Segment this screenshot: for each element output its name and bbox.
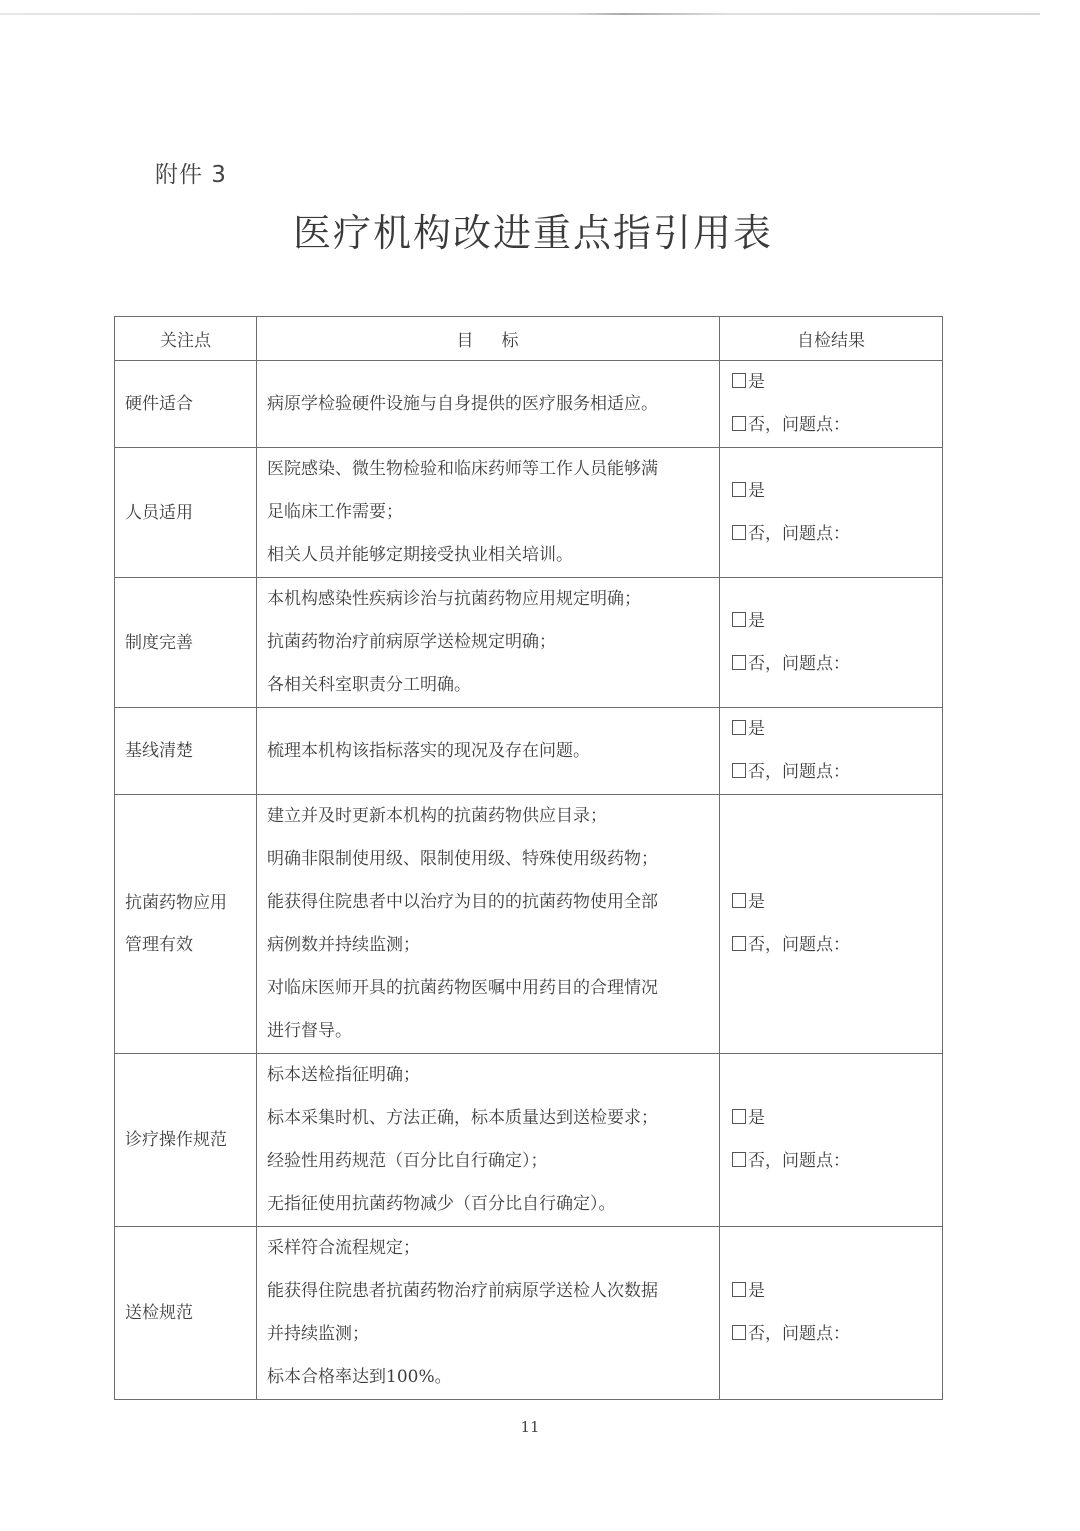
goal-line: 病原学检验硬件设施与自身提供的医疗服务相适应。 [267, 383, 711, 426]
checkbox-label-no: 否，问题点： [748, 935, 850, 955]
table-row: 诊疗操作规范标本送检指征明确；标本采集时机、方法正确，标本质量达到送检要求；经验… [115, 1054, 943, 1227]
checkbox-icon[interactable] [732, 763, 746, 778]
checkbox-option-yes[interactable]: 是 [732, 600, 942, 643]
checkbox-label-yes: 是 [748, 481, 765, 501]
checkbox-icon[interactable] [732, 893, 746, 908]
goal-line: 建立并及时更新本机构的抗菌药物供应目录； [267, 795, 711, 838]
goal-line: 经验性用药规范（百分比自行确定）； [267, 1140, 711, 1183]
checkbox-label-no: 否，问题点： [748, 654, 850, 674]
self-check-cell: 是否，问题点： [720, 708, 943, 795]
scan-edge-line [0, 13, 1040, 15]
checkbox-option-no[interactable]: 否，问题点： [732, 404, 942, 447]
checkbox-label-yes: 是 [748, 372, 765, 392]
checkbox-option-yes[interactable]: 是 [732, 470, 942, 513]
checkbox-icon[interactable] [732, 525, 746, 540]
goal-line: 能获得住院患者中以治疗为目的的抗菌药物使用全部 [267, 881, 711, 924]
checkbox-label-no: 否，问题点： [748, 1151, 850, 1171]
checkbox-label-no: 否，问题点： [748, 762, 850, 782]
checkbox-icon[interactable] [732, 720, 746, 735]
checkbox-label-yes: 是 [748, 611, 765, 631]
checkbox-label-no: 否，问题点： [748, 524, 850, 544]
table-body: 硬件适合病原学检验硬件设施与自身提供的医疗服务相适应。是否，问题点：人员适用医院… [115, 361, 943, 1400]
table-row: 硬件适合病原学检验硬件设施与自身提供的医疗服务相适应。是否，问题点： [115, 361, 943, 448]
checkbox-option-yes[interactable]: 是 [732, 881, 942, 924]
goal-line: 进行督导。 [267, 1010, 711, 1053]
checkbox-icon[interactable] [732, 1325, 746, 1340]
self-check-cell: 是否，问题点： [720, 448, 943, 578]
checkbox-icon[interactable] [732, 1282, 746, 1297]
goals-cell: 采样符合流程规定；能获得住院患者抗菌药物治疗前病原学送检人次数据并持续监测；标本… [257, 1227, 720, 1400]
page-number: 11 [0, 1418, 1060, 1436]
checkbox-option-no[interactable]: 否，问题点： [732, 751, 942, 794]
self-check-cell: 是否，问题点： [720, 1054, 943, 1227]
focus-cell: 硬件适合 [115, 361, 257, 448]
goals-cell: 本机构感染性疾病诊治与抗菌药物应用规定明确；抗菌药物治疗前病原学送检规定明确；各… [257, 578, 720, 708]
checkbox-icon[interactable] [732, 1109, 746, 1124]
goal-line: 对临床医师开具的抗菌药物医嘱中用药目的合理情况 [267, 967, 711, 1010]
checkbox-icon[interactable] [732, 936, 746, 951]
focus-cell: 抗菌药物应用管理有效 [115, 795, 257, 1054]
goal-line: 标本送检指征明确； [267, 1054, 711, 1097]
focus-line: 抗菌药物应用 [125, 882, 248, 924]
focus-cell: 送检规范 [115, 1227, 257, 1400]
goals-cell: 梳理本机构该指标落实的现况及存在问题。 [257, 708, 720, 795]
checkbox-icon[interactable] [732, 482, 746, 497]
self-check-cell: 是否，问题点： [720, 578, 943, 708]
checkbox-icon[interactable] [732, 1152, 746, 1167]
attachment-label: 附件 3 [155, 156, 227, 189]
goal-line: 足临床工作需要； [267, 491, 711, 534]
table-row: 送检规范采样符合流程规定；能获得住院患者抗菌药物治疗前病原学送检人次数据并持续监… [115, 1227, 943, 1400]
goal-line: 标本采集时机、方法正确，标本质量达到送检要求； [267, 1097, 711, 1140]
goal-line: 梳理本机构该指标落实的现况及存在问题。 [267, 730, 711, 773]
goal-line: 标本合格率达到100%。 [267, 1356, 711, 1399]
goal-line: 采样符合流程规定； [267, 1227, 711, 1270]
checkbox-option-no[interactable]: 否，问题点： [732, 643, 942, 686]
goals-cell: 建立并及时更新本机构的抗菌药物供应目录；明确非限制使用级、限制使用级、特殊使用级… [257, 795, 720, 1054]
goal-line: 病例数并持续监测； [267, 924, 711, 967]
checkbox-option-yes[interactable]: 是 [732, 1097, 942, 1140]
focus-line: 管理有效 [125, 924, 248, 966]
goals-cell: 病原学检验硬件设施与自身提供的医疗服务相适应。 [257, 361, 720, 448]
goal-line: 明确非限制使用级、限制使用级、特殊使用级药物； [267, 838, 711, 881]
goal-line: 并持续监测； [267, 1313, 711, 1356]
checkbox-icon[interactable] [732, 612, 746, 627]
checkbox-icon[interactable] [732, 655, 746, 670]
table-row: 制度完善本机构感染性疾病诊治与抗菌药物应用规定明确；抗菌药物治疗前病原学送检规定… [115, 578, 943, 708]
table-header-row: 关注点 目标 自检结果 [115, 317, 943, 361]
header-focus: 关注点 [115, 317, 257, 361]
goal-line: 各相关科室职责分工明确。 [267, 664, 711, 707]
goal-line: 医院感染、微生物检验和临床药师等工作人员能够满 [267, 448, 711, 491]
header-goals: 目标 [257, 317, 720, 361]
self-check-cell: 是否，问题点： [720, 795, 943, 1054]
focus-cell: 人员适用 [115, 448, 257, 578]
checkbox-option-no[interactable]: 否，问题点： [732, 1313, 942, 1356]
table-row: 基线清楚梳理本机构该指标落实的现况及存在问题。是否，问题点： [115, 708, 943, 795]
checkbox-label-yes: 是 [748, 892, 765, 912]
checkbox-option-yes[interactable]: 是 [732, 708, 942, 751]
checkbox-option-yes[interactable]: 是 [732, 1270, 942, 1313]
header-self-check: 自检结果 [720, 317, 943, 361]
goal-line: 相关人员并能够定期接受执业相关培训。 [267, 534, 711, 577]
self-check-cell: 是否，问题点： [720, 1227, 943, 1400]
checkbox-label-yes: 是 [748, 1108, 765, 1128]
table-row: 人员适用医院感染、微生物检验和临床药师等工作人员能够满足临床工作需要；相关人员并… [115, 448, 943, 578]
focus-cell: 诊疗操作规范 [115, 1054, 257, 1227]
checkbox-label-no: 否，问题点： [748, 415, 850, 435]
focus-cell: 基线清楚 [115, 708, 257, 795]
guide-table: 关注点 目标 自检结果 硬件适合病原学检验硬件设施与自身提供的医疗服务相适应。是… [114, 316, 943, 1400]
checkbox-icon[interactable] [732, 373, 746, 388]
checkbox-option-no[interactable]: 否，问题点： [732, 513, 942, 556]
self-check-cell: 是否，问题点： [720, 361, 943, 448]
goal-line: 本机构感染性疾病诊治与抗菌药物应用规定明确； [267, 578, 711, 621]
goal-line: 抗菌药物治疗前病原学送检规定明确； [267, 621, 711, 664]
checkbox-label-yes: 是 [748, 719, 765, 739]
checkbox-option-no[interactable]: 否，问题点： [732, 924, 942, 967]
goal-line: 能获得住院患者抗菌药物治疗前病原学送检人次数据 [267, 1270, 711, 1313]
checkbox-label-yes: 是 [748, 1281, 765, 1301]
table-row: 抗菌药物应用管理有效建立并及时更新本机构的抗菌药物供应目录；明确非限制使用级、限… [115, 795, 943, 1054]
checkbox-icon[interactable] [732, 416, 746, 431]
checkbox-option-no[interactable]: 否，问题点： [732, 1140, 942, 1183]
goals-cell: 医院感染、微生物检验和临床药师等工作人员能够满足临床工作需要；相关人员并能够定期… [257, 448, 720, 578]
goal-line: 无指征使用抗菌药物减少（百分比自行确定）。 [267, 1183, 711, 1226]
goals-cell: 标本送检指征明确；标本采集时机、方法正确，标本质量达到送检要求；经验性用药规范（… [257, 1054, 720, 1227]
focus-cell: 制度完善 [115, 578, 257, 708]
page-title: 医疗机构改进重点指引用表 [0, 202, 1066, 257]
checkbox-label-no: 否，问题点： [748, 1324, 850, 1344]
checkbox-option-yes[interactable]: 是 [732, 361, 942, 404]
